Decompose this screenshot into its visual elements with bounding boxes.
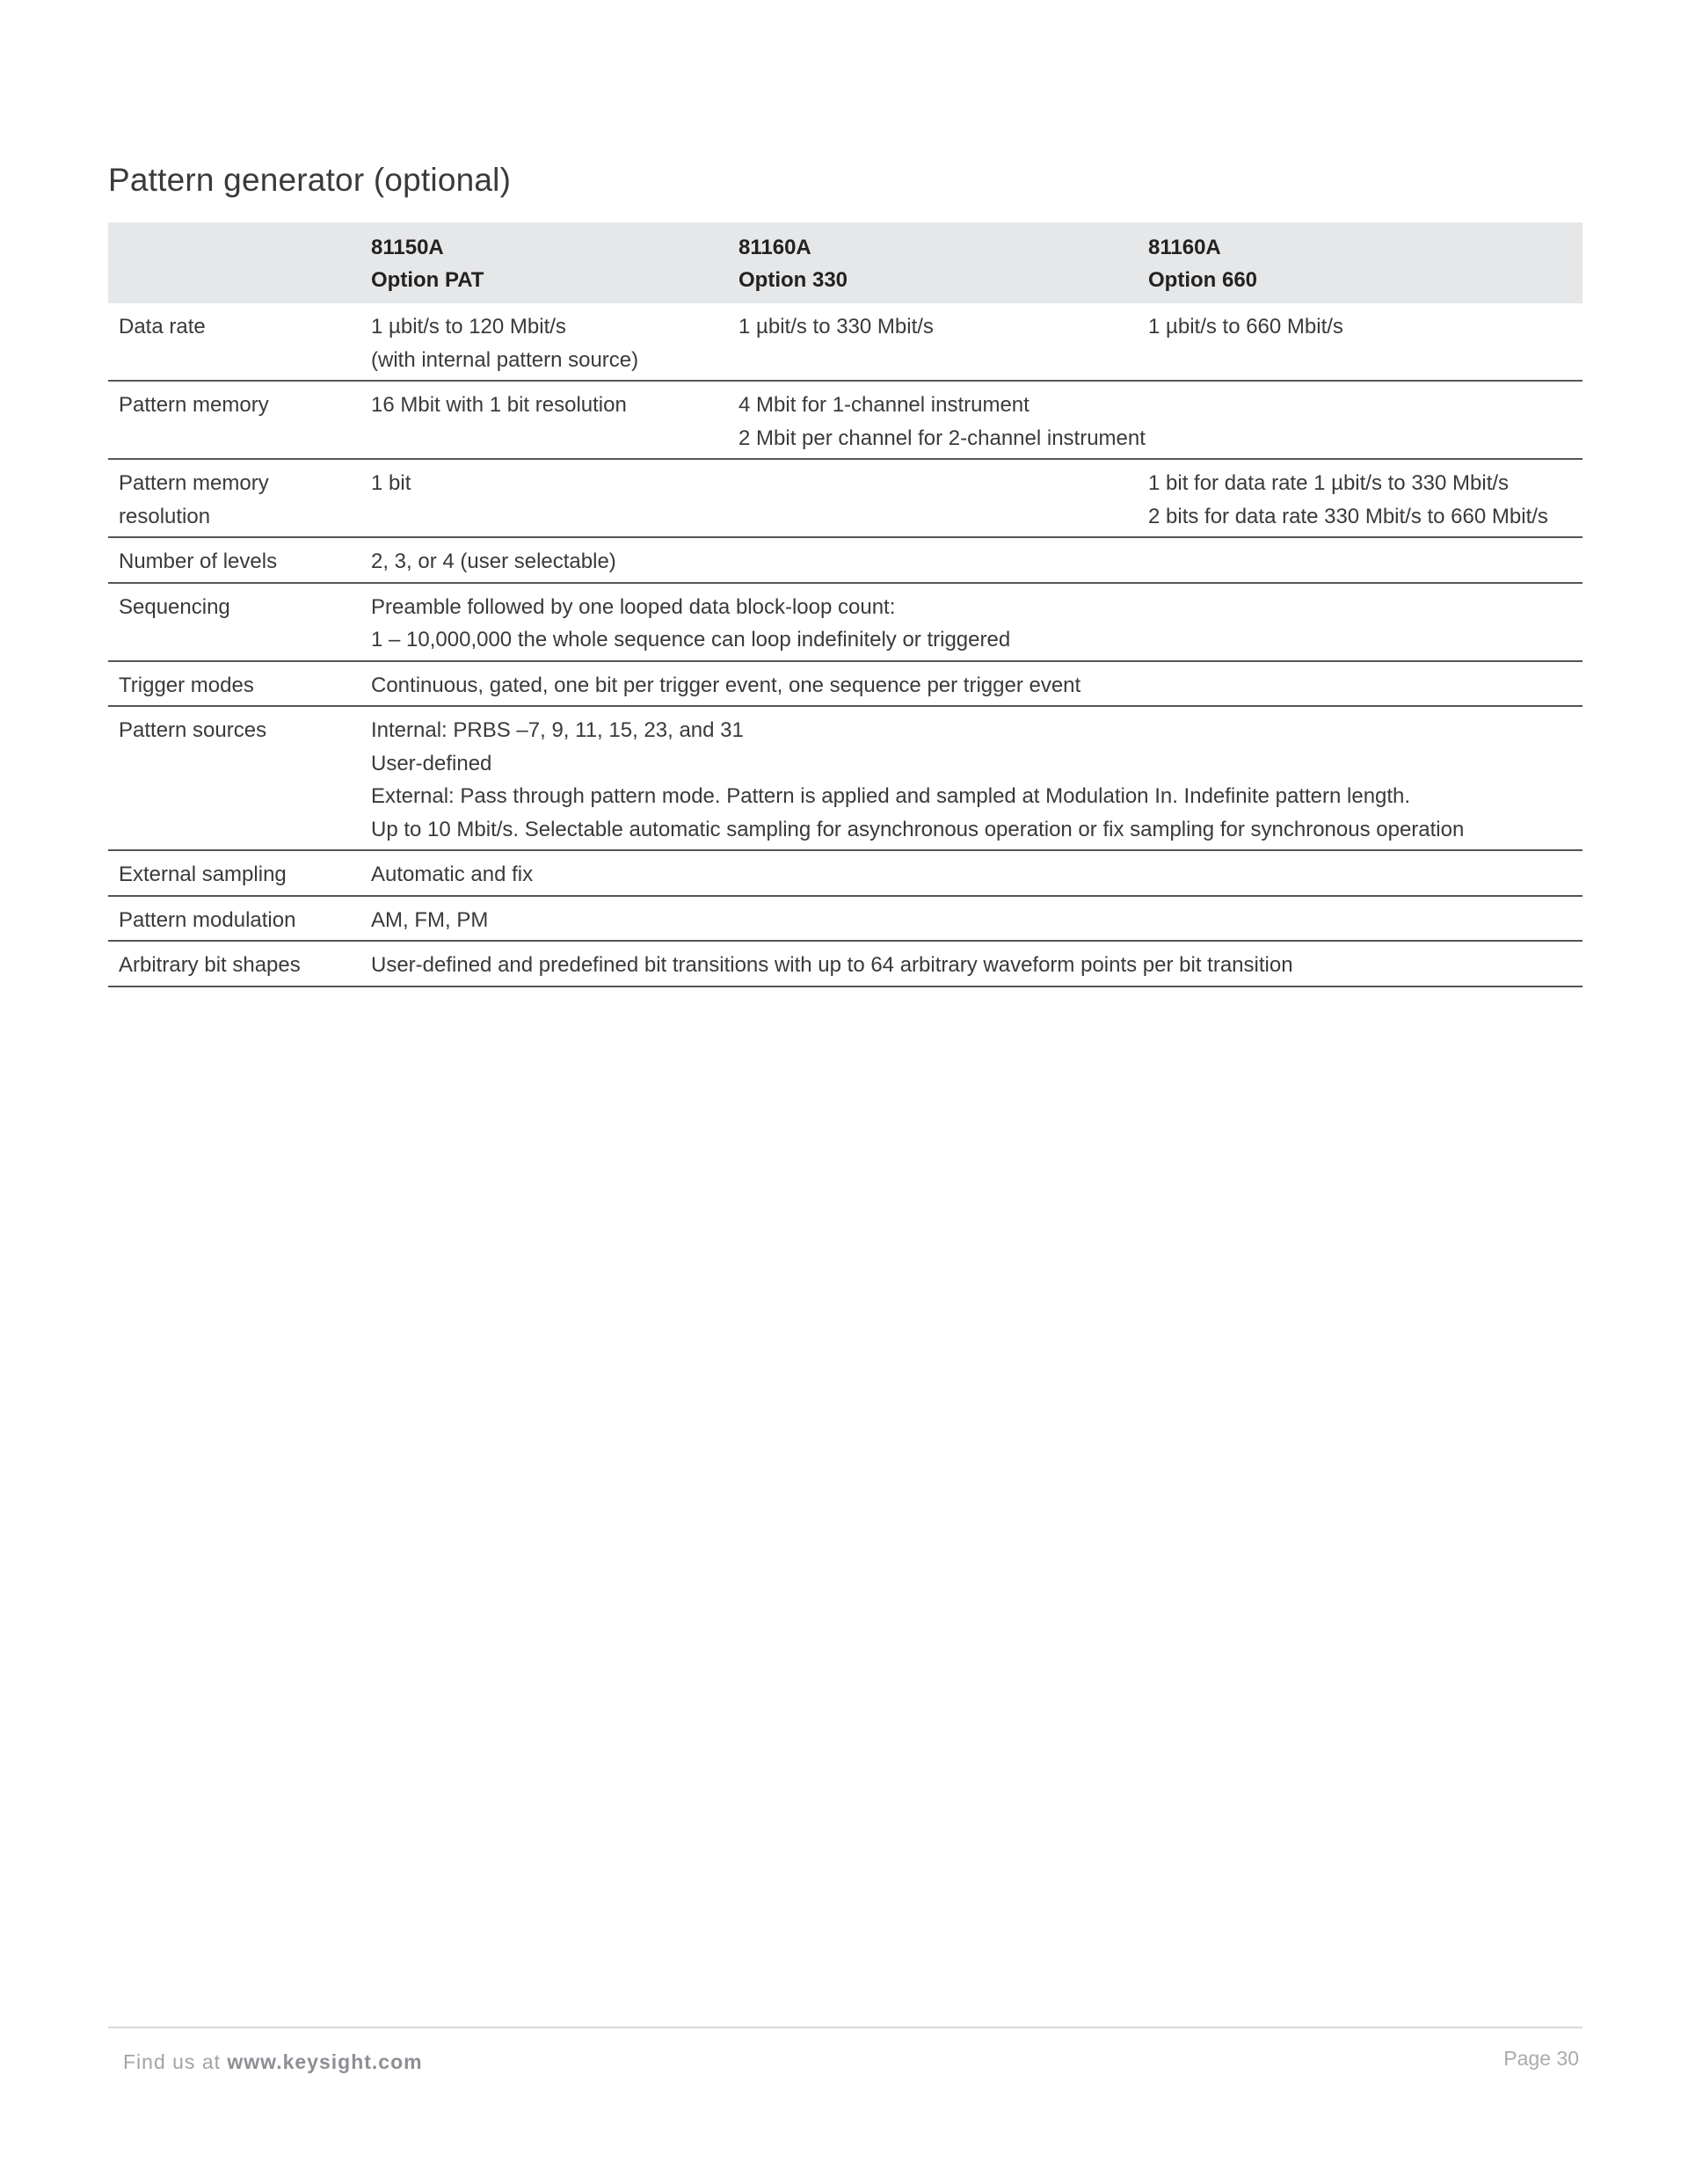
header-model: 81160A [1148, 231, 1582, 264]
row-label-line: Pattern memory [119, 389, 371, 422]
row-value-line: 1 µbit/s to 660 Mbit/s [1148, 310, 1582, 344]
footer-find-us: Find us at www.keysight.com [123, 2050, 423, 2074]
footer-divider [108, 2027, 1582, 2028]
page-title: Pattern generator (optional) [108, 162, 511, 199]
row-label-line: External sampling [119, 858, 371, 892]
header-cell-81160a-660: 81160A Option 660 [1148, 222, 1582, 303]
table-header-row: 81150A Option PAT 81160A Option 330 8116… [108, 222, 1582, 303]
row-value-line: 1 µbit/s to 120 Mbit/s [371, 310, 738, 344]
row-value-line: 16 Mbit with 1 bit resolution [371, 389, 738, 422]
row-value-line: AM, FM, PM [371, 904, 1582, 937]
header-option: Option 330 [738, 264, 1148, 296]
row-value-line: External: Pass through pattern mode. Pat… [371, 780, 1582, 813]
row-value-cell: 16 Mbit with 1 bit resolution [371, 381, 738, 459]
row-value-line: Continuous, gated, one bit per trigger e… [371, 669, 1582, 703]
row-label-line: Number of levels [119, 545, 371, 579]
table-row: Pattern sourcesInternal: PRBS –7, 9, 11,… [108, 706, 1582, 850]
row-value-cell: AM, FM, PM [371, 896, 1582, 942]
row-value-line: Preamble followed by one looped data blo… [371, 591, 1582, 624]
row-value-cell: Continuous, gated, one bit per trigger e… [371, 661, 1582, 707]
row-label: Pattern memoryresolution [108, 459, 371, 537]
table-row: Pattern modulationAM, FM, PM [108, 896, 1582, 942]
row-value-cell: 1 bit [371, 459, 738, 537]
row-label: Pattern modulation [108, 896, 371, 942]
header-model: 81160A [738, 231, 1148, 264]
footer-website-link[interactable]: www.keysight.com [227, 2050, 422, 2073]
row-label-line: resolution [119, 500, 371, 534]
table-row: External samplingAutomatic and fix [108, 850, 1582, 896]
table-row: Data rate1 µbit/s to 120 Mbit/s(with int… [108, 303, 1582, 381]
header-option: Option 660 [1148, 264, 1582, 296]
header-cell-81150a-pat: 81150A Option PAT [371, 222, 738, 303]
row-value-line: 1 bit [371, 467, 738, 500]
table-row: Arbitrary bit shapesUser-defined and pre… [108, 941, 1582, 986]
row-value-cell: 4 Mbit for 1-channel instrument2 Mbit pe… [738, 381, 1582, 459]
row-value-line: User-defined [371, 747, 1582, 781]
row-value-cell: Automatic and fix [371, 850, 1582, 896]
row-value-line: Up to 10 Mbit/s. Selectable automatic sa… [371, 813, 1582, 847]
row-value-cell: Internal: PRBS –7, 9, 11, 15, 23, and 31… [371, 706, 1582, 850]
row-value-cell: 1 bit for data rate 1 µbit/s to 330 Mbit… [1148, 459, 1582, 537]
row-value-line: Internal: PRBS –7, 9, 11, 15, 23, and 31 [371, 714, 1582, 747]
table-row: Pattern memoryresolution1 bit1 bit for d… [108, 459, 1582, 537]
row-label: Number of levels [108, 537, 371, 583]
row-label-line: Pattern sources [119, 714, 371, 747]
row-label-line: Pattern modulation [119, 904, 371, 937]
table-row: SequencingPreamble followed by one loope… [108, 583, 1582, 661]
row-label-line: Arbitrary bit shapes [119, 949, 371, 982]
row-label: Trigger modes [108, 661, 371, 707]
row-value-line: User-defined and predefined bit transiti… [371, 949, 1582, 982]
row-value-cell: User-defined and predefined bit transiti… [371, 941, 1582, 986]
row-label: Pattern memory [108, 381, 371, 459]
footer-prefix: Find us at [123, 2050, 227, 2073]
table-row: Number of levels2, 3, or 4 (user selecta… [108, 537, 1582, 583]
row-value-cell [738, 459, 1148, 537]
row-value-line: (with internal pattern source) [371, 344, 738, 377]
row-value-line: 1 bit for data rate 1 µbit/s to 330 Mbit… [1148, 467, 1582, 500]
row-value-line: 1 – 10,000,000 the whole sequence can lo… [371, 623, 1582, 657]
page-number: Page 30 [1503, 2047, 1579, 2071]
row-value-cell: 1 µbit/s to 660 Mbit/s [1148, 303, 1582, 381]
header-cell-81160a-330: 81160A Option 330 [738, 222, 1148, 303]
header-option: Option PAT [371, 264, 738, 296]
row-value-line: Automatic and fix [371, 858, 1582, 892]
table-row: Pattern memory16 Mbit with 1 bit resolut… [108, 381, 1582, 459]
row-label-line: Pattern memory [119, 467, 371, 500]
table-body: Data rate1 µbit/s to 120 Mbit/s(with int… [108, 303, 1582, 986]
row-label: Data rate [108, 303, 371, 381]
row-value-line: 2, 3, or 4 (user selectable) [371, 545, 1582, 579]
row-label: Sequencing [108, 583, 371, 661]
row-label-line: Sequencing [119, 591, 371, 624]
row-value-line: 4 Mbit for 1-channel instrument [738, 389, 1582, 422]
row-value-line: 1 µbit/s to 330 Mbit/s [738, 310, 1148, 344]
row-label-line: Data rate [119, 310, 371, 344]
row-label: Pattern sources [108, 706, 371, 850]
row-label-line: Trigger modes [119, 669, 371, 703]
row-value-cell: 1 µbit/s to 120 Mbit/s(with internal pat… [371, 303, 738, 381]
header-model: 81150A [371, 231, 738, 264]
row-value-line: 2 bits for data rate 330 Mbit/s to 660 M… [1148, 500, 1582, 534]
header-cell-empty [108, 222, 371, 303]
row-label: Arbitrary bit shapes [108, 941, 371, 986]
row-value-line: 2 Mbit per channel for 2-channel instrum… [738, 422, 1582, 455]
row-value-cell: Preamble followed by one looped data blo… [371, 583, 1582, 661]
row-value-cell: 2, 3, or 4 (user selectable) [371, 537, 1582, 583]
row-value-cell: 1 µbit/s to 330 Mbit/s [738, 303, 1148, 381]
row-label: External sampling [108, 850, 371, 896]
pattern-generator-spec-table: 81150A Option PAT 81160A Option 330 8116… [108, 222, 1582, 987]
table-row: Trigger modesContinuous, gated, one bit … [108, 661, 1582, 707]
